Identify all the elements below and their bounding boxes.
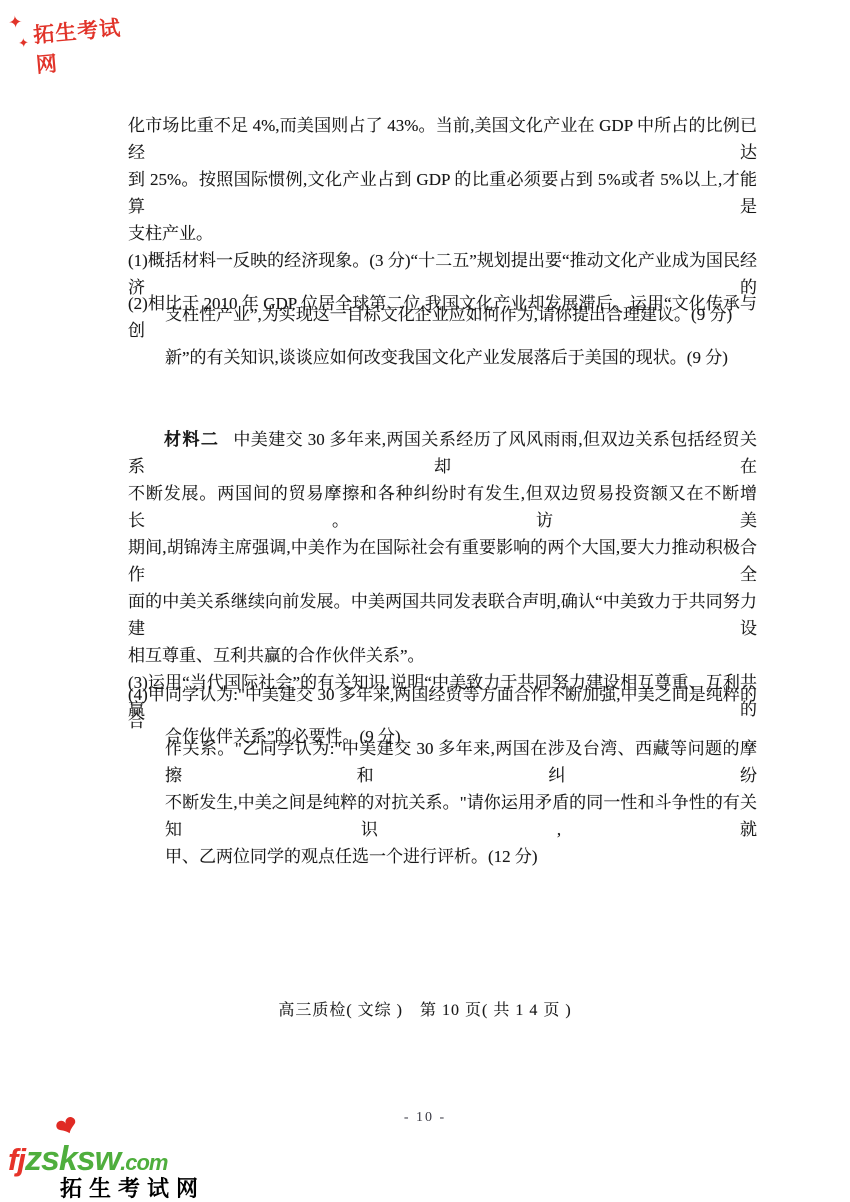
site-watermark-top: ✦ ✦ 拓生考试网 — [5, 2, 140, 77]
material2-label: 材料二 — [164, 430, 219, 449]
text-line: 支柱产业。 — [128, 220, 757, 247]
question-2-line: (2)相比于 2010 年 GDP 位居全球第二位,我国文化产业却发展滞后。运用… — [128, 290, 757, 344]
site-logo: ❤ fjzsksw.com 拓生考试网 — [8, 1126, 228, 1198]
material2-first-text: 中美建交 30 多年来,两国关系经历了风风雨雨,但双边关系包括经贸关系却在 — [128, 430, 757, 476]
star-icon: ✦ — [18, 36, 30, 52]
site-watermark-text: 拓生考试网 — [32, 10, 141, 79]
material2-line: 相互尊重、互利共赢的合作伙伴关系”。 — [128, 642, 757, 669]
question-4-line: 甲、乙两位同学的观点任选一个进行评析。(12 分) — [128, 843, 757, 870]
site-logo-caption: 拓生考试网 — [60, 1172, 205, 1202]
paragraph-q4: (4)甲同学认为:"中美建交 30 多年来,两国经贸等方面合作不断加强,中美之间… — [128, 681, 757, 870]
material2-line: 期间,胡锦涛主席强调,中美作为在国际社会有重要影响的两个大国,要大力推动积极合作… — [128, 534, 757, 588]
logo-fj: fj — [8, 1142, 25, 1177]
material2-line: 不断发展。两国间的贸易摩擦和各种纠纷时有发生,但双边贸易投资额又在不断增长。访美 — [128, 480, 757, 534]
question-4-line: 不断发生,中美之间是纯粹的对抗关系。"请你运用矛盾的同一性和斗争性的有关知识,就 — [128, 789, 757, 843]
star-icon: ✦ — [7, 12, 23, 33]
text-line: 到 25%。按照国际惯例,文化产业占到 GDP 的比重必须要占到 5%或者 5%… — [128, 166, 757, 220]
question-4-line: (4)甲同学认为:"中美建交 30 多年来,两国经贸等方面合作不断加强,中美之间… — [128, 681, 757, 735]
exam-page: { "colors": { "brand_red": "#e63329", "b… — [0, 0, 850, 1202]
paragraph-q2: (2)相比于 2010 年 GDP 位居全球第二位,我国文化产业却发展滞后。运用… — [128, 290, 757, 371]
material2-line: 面的中美关系继续向前发展。中美两国共同发表联合声明,确认“中美致力于共同努力建设 — [128, 588, 757, 642]
page-number: - 10 - — [0, 1110, 850, 1126]
text-line: 化市场比重不足 4%,而美国则占了 43%。当前,美国文化产业在 GDP 中所占… — [128, 112, 757, 166]
question-2-line: 新”的有关知识,谈谈应如何改变我国文化产业发展落后于美国的现状。(9 分) — [128, 344, 757, 371]
material2-first-line: 材料二中美建交 30 多年来,两国关系经历了风风雨雨,但双边关系包括经贸关系却在 — [128, 426, 757, 480]
question-4-line: 作关系。"乙同学认为:"中美建交 30 多年来,两国在涉及台湾、西藏等问题的摩擦… — [128, 735, 757, 789]
exam-footer: 高三质检( 文综 ) 第 10 页( 共 1 4 页 ) — [0, 997, 850, 1020]
